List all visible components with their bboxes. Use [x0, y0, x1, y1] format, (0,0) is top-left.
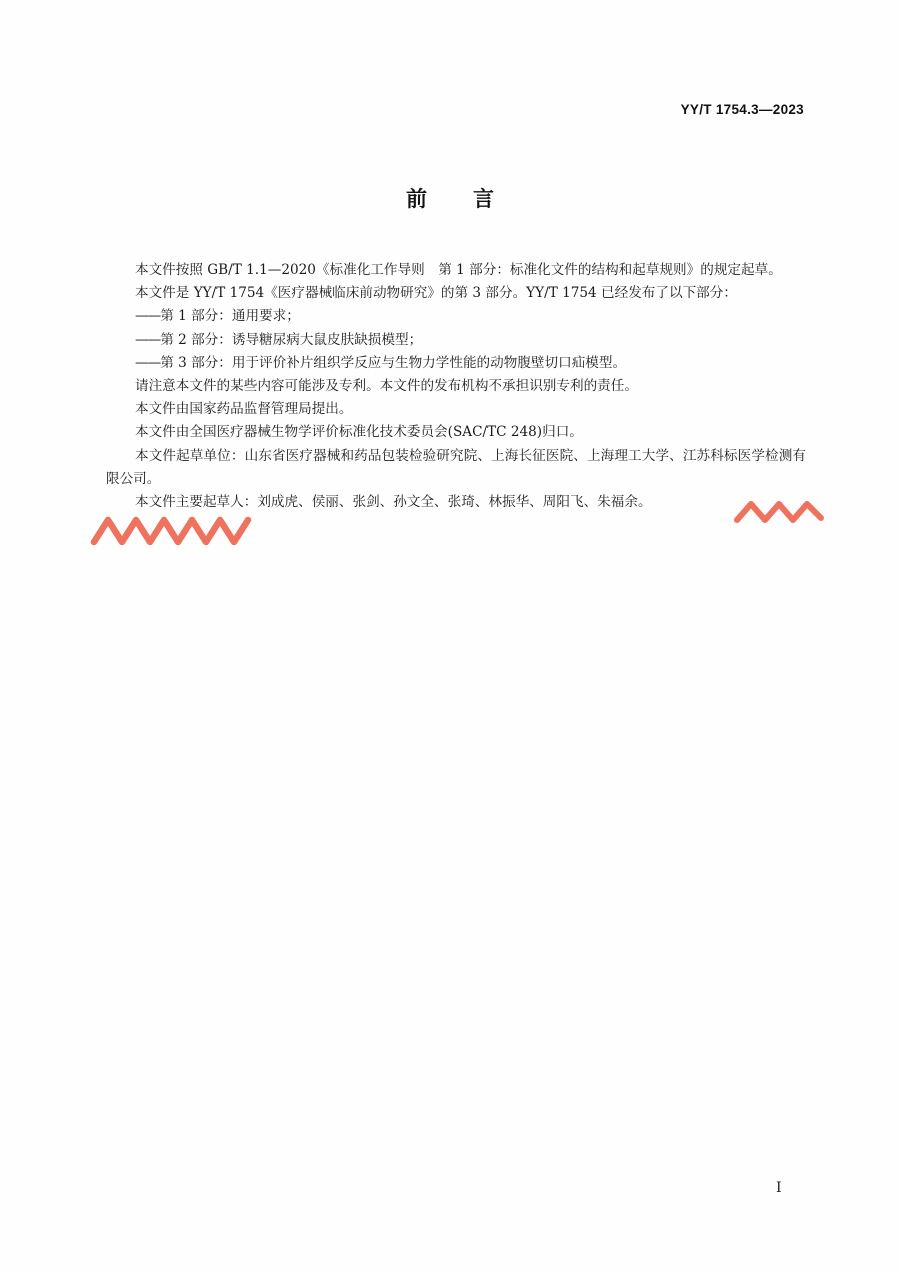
- paragraph-drafting-units: 本文件起草单位：山东省医疗器械和药品包装检验研究院、上海长征医院、上海理工大学、…: [106, 445, 806, 491]
- page-number: I: [776, 1180, 782, 1196]
- paragraph-under-jurisdiction: 本文件由全国医疗器械生物学评价标准化技术委员会(SAC/TC 248)归口。: [106, 421, 806, 444]
- zigzag-annotation-left: [90, 512, 256, 548]
- foreword-body: 本文件按照 GB/T 1.1—2020《标准化工作导则 第 1 部分：标准化文件…: [106, 259, 806, 514]
- dash-mark: ——: [135, 355, 160, 371]
- dash-mark: ——: [135, 332, 160, 348]
- paragraph-drafting-rules: 本文件按照 GB/T 1.1—2020《标准化工作导则 第 1 部分：标准化文件…: [106, 259, 806, 282]
- list-item-part-2: ——第 2 部分：诱导糖尿病大鼠皮肤缺损模型；: [106, 329, 806, 352]
- document-page: YY/T 1754.3—2023 前言 本文件按照 GB/T 1.1—2020《…: [0, 0, 900, 1273]
- page-title: 前言: [0, 183, 900, 213]
- paragraph-main-drafters: 本文件主要起草人：刘成虎、侯丽、张剑、孙文全、张琦、林振华、周阳飞、朱福余。: [106, 491, 806, 514]
- dash-mark: ——: [135, 308, 160, 324]
- list-item-text: 第 3 部分：用于评价补片组织学反应与生物力学性能的动物腹壁切口疝模型。: [160, 355, 626, 371]
- standard-code: YY/T 1754.3—2023: [681, 102, 804, 117]
- paragraph-patent-notice: 请注意本文件的某些内容可能涉及专利。本文件的发布机构不承担识别专利的责任。: [106, 375, 806, 398]
- list-item-part-3: ——第 3 部分：用于评价补片组织学反应与生物力学性能的动物腹壁切口疝模型。: [106, 352, 806, 375]
- list-item-text: 第 1 部分：通用要求；: [160, 308, 300, 324]
- paragraph-proposed-by: 本文件由国家药品监督管理局提出。: [106, 398, 806, 421]
- paragraph-series-parts: 本文件是 YY/T 1754《医疗器械临床前动物研究》的第 3 部分。YY/T …: [106, 282, 806, 305]
- list-item-text: 第 2 部分：诱导糖尿病大鼠皮肤缺损模型；: [160, 332, 422, 348]
- list-item-part-1: ——第 1 部分：通用要求；: [106, 305, 806, 328]
